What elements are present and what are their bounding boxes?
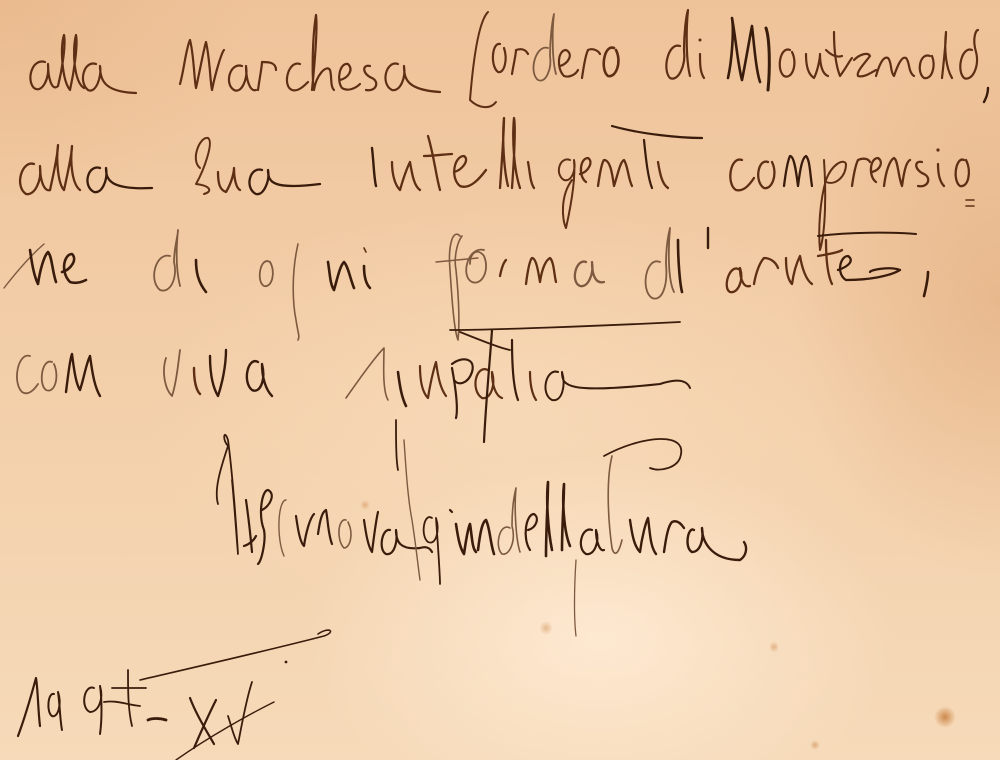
stray-stroke [575, 560, 577, 636]
handwritten-line-3 [4, 228, 928, 340]
handwriting [0, 0, 1000, 760]
handwritten-signature [217, 420, 746, 584]
handwritten-line-4 [17, 322, 690, 442]
handwritten-line-1 [30, 10, 988, 107]
handwritten-line-2 [20, 118, 974, 250]
handwritten-date [18, 630, 331, 760]
